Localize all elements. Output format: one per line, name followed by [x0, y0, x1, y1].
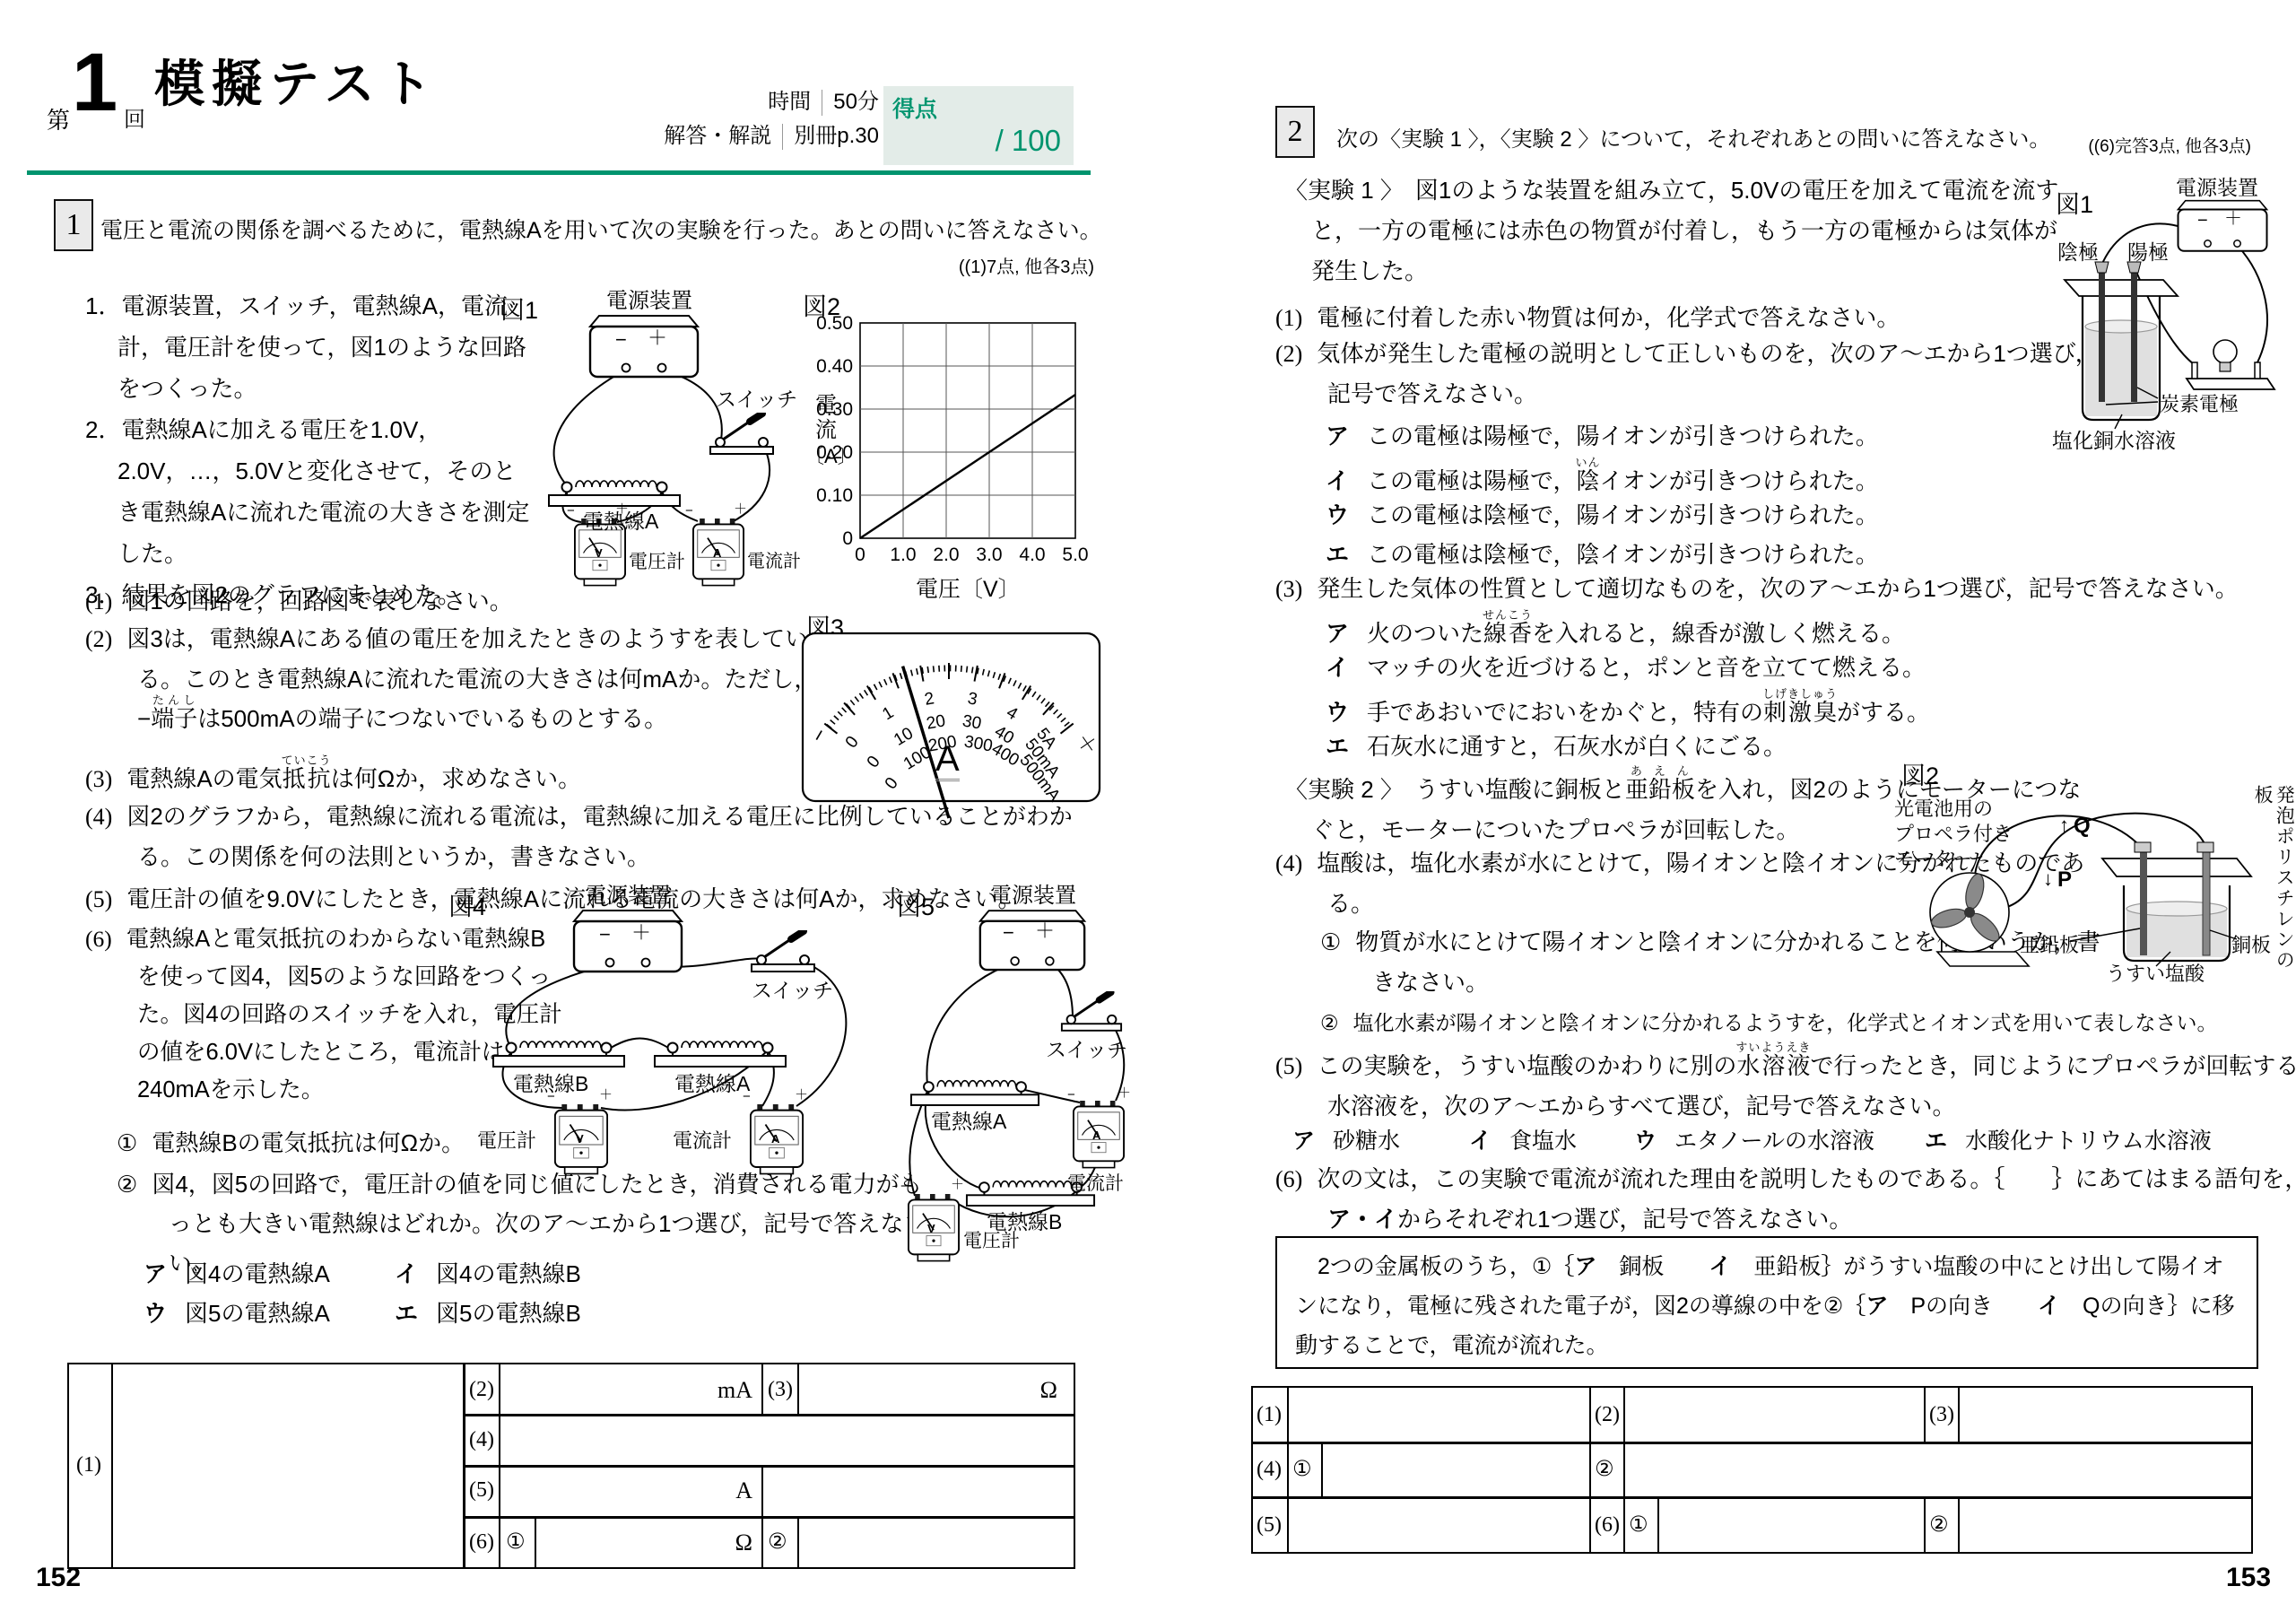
- table-line: [463, 1516, 1074, 1519]
- q2-item-1: (1)電極に付着した赤い物質は何か，化学式で答えなさい。: [1275, 298, 1900, 338]
- x-tick: 1.0: [885, 545, 921, 564]
- q1-item-1-text: 図1の回路を，回路図で表しなさい。: [126, 588, 512, 614]
- table-line: [1589, 1496, 1591, 1552]
- switch-label: スイッチ: [716, 388, 797, 413]
- table-line: [1589, 1442, 1591, 1496]
- ammeter-unit-letter: A: [935, 739, 960, 781]
- q1-item-1: (1)図1の回路を，回路図で表しなさい。: [85, 581, 513, 622]
- table-line: [1287, 1442, 1289, 1496]
- q2-c2-a: ア火のついた線香せんこうを入れると，線香が激しく燃える。: [1326, 608, 1905, 653]
- ruby-shigekishuu: 刺激臭しげきしゅう: [1763, 699, 1837, 726]
- q1-answer-table: (1) (2) mA (3) Ω (4) (5) A (6) ① Ω ②: [67, 1363, 1075, 1569]
- answer-label-4: (4): [469, 1429, 494, 1451]
- minus-mark: −: [2197, 212, 2208, 230]
- q2-sub-2-label: ②: [1320, 1011, 1339, 1034]
- question1-points: ((1)7点, 他各3点): [834, 248, 1094, 287]
- answer-label-4: (4): [1257, 1459, 1282, 1480]
- solution-value: 別冊p.30: [794, 124, 879, 150]
- acid-label: うすい塩酸: [2106, 963, 2205, 986]
- table-line: [1253, 1496, 2251, 1499]
- choice-mark: ア: [143, 1260, 167, 1287]
- figure5-parallel-circuit: 図5 電源装置 − ＋ スイッチ 電熱線A − ＋ A 電流計 電熱線B − ＋…: [897, 884, 1128, 1271]
- choice-text: 図5の電熱線B: [436, 1300, 581, 1327]
- ruby-teikou: 抵抗ていこう: [283, 765, 331, 792]
- answer-unit-ohm2: Ω: [535, 1531, 752, 1555]
- plus-mark: ＋: [734, 502, 747, 516]
- answer-label-6-1: ①: [1629, 1514, 1648, 1536]
- power-supply-label: 電源装置: [990, 884, 1076, 910]
- q2-answer-table: (1) (2) (3) (4) ① ② (5) (6) ① ②: [1251, 1386, 2253, 1554]
- table-line: [1623, 1388, 1625, 1442]
- arrow-up-icon: ↑: [2059, 814, 2069, 837]
- choice-text: 図4の電熱線B: [436, 1260, 581, 1287]
- table-line: [111, 1364, 113, 1567]
- table-line: [1958, 1388, 1960, 1442]
- copper-plate-label: 銅板: [2231, 934, 2271, 957]
- time-label: 時間: [768, 90, 811, 116]
- fig1r-caption: 図1: [2056, 185, 2093, 220]
- x-tick: 0: [842, 545, 878, 564]
- q2-exp1: 〈実験 1 〉 図1のような装置を組み立て，5.0Vの電圧を加えて電流を流すと，…: [1284, 170, 2065, 292]
- q2-item-1-text: 電極に付着した赤い物質は何か，化学式で答えなさい。: [1317, 304, 1900, 331]
- time-value: 50分: [833, 90, 879, 116]
- table-line: [1924, 1496, 1926, 1552]
- answer-label-1: (1): [76, 1454, 101, 1476]
- table-line: [1589, 1388, 1591, 1442]
- fig4-caption: 図4: [448, 887, 486, 922]
- q1-step-1: 1．電源装置，スイッチ，電熱線A，電流計，電圧計を使って，図1のような回路をつく…: [85, 285, 534, 409]
- page-number-right: 153: [2226, 1563, 2271, 1593]
- divider: [782, 124, 783, 150]
- plus-mark: ＋: [951, 1178, 964, 1191]
- question1-lead: 電圧と電流の関係を調べるために，電熱線Aを用いて次の実験を行った。あとの問いに答…: [100, 211, 1102, 250]
- q2-item-3: (3)発生した気体の性質として適切なものを，次のア～エから1つ選び，記号で答えな…: [1275, 569, 2239, 609]
- fig5-caption: 図5: [897, 887, 935, 922]
- q1-choice-a: ア図4の電熱線A: [143, 1254, 330, 1294]
- answer-label-6-1: ①: [506, 1531, 526, 1553]
- table-line: [1657, 1496, 1659, 1552]
- solution-row: 解答・解説 別冊p.30: [622, 124, 879, 150]
- q2-item-3-label: (3): [1275, 576, 1302, 602]
- table-line: [1924, 1388, 1926, 1442]
- fig2r-caption: 図2: [1901, 756, 1939, 791]
- q1-item-2: (2)図3は，電熱線Aにある値の電圧を加えたときのようすを表している。このとき電…: [85, 619, 844, 738]
- q2-explanation-box: 2つの金属板のうち，①｛ア 銅板 イ 亜鉛板｝がうすい塩酸の中にとけ出して陽イオ…: [1275, 1236, 2258, 1369]
- ruby-tanshi: 端子たんし: [151, 705, 197, 732]
- q2-c2-e: エ石灰水に通すと，石灰水が白くにごる。: [1326, 727, 1787, 766]
- q1-item-2-label: (2): [85, 626, 112, 652]
- q1-item-6-label: (6): [85, 926, 112, 952]
- q2-item-2-label: (2): [1275, 341, 1302, 367]
- scale-ma50-3: 30: [961, 712, 983, 732]
- switch-icon: [752, 931, 814, 972]
- minus-mark: −: [615, 330, 627, 350]
- q1-item-3-text: 電熱線Aの電気: [126, 765, 282, 792]
- table-line: [499, 1414, 500, 1465]
- voltmeter-label: 電圧計: [629, 551, 685, 573]
- plus-mark: ＋: [1118, 1086, 1131, 1100]
- heater-a-icon: [655, 1041, 786, 1067]
- answer-label-3: (3): [1929, 1404, 1954, 1425]
- cathode-label: 陰極: [2057, 240, 2099, 266]
- y-axis-label: 流: [815, 418, 837, 444]
- q2-c3-e: エ水酸化ナトリウム水溶液: [1925, 1121, 2212, 1161]
- choice-text: 図4の電熱線A: [185, 1260, 330, 1287]
- question1-number: 1: [66, 208, 82, 242]
- q2-c1-i: イこの電極は陽極で，陰いんイオンが引きつけられた。: [1326, 456, 1879, 501]
- q-direction-label: Q: [2074, 814, 2091, 840]
- y-tick: 0.10: [801, 486, 853, 505]
- voltmeter-label: 電圧計: [963, 1230, 1020, 1252]
- question2-number: 2: [1288, 115, 1303, 149]
- x-tick: 2.0: [928, 545, 964, 564]
- switch-label: スイッチ: [1046, 1038, 1127, 1063]
- q2-c2-i: イマッチの火を近づけると，ポンと音を立てて燃える。: [1326, 648, 1926, 687]
- q2-item-5: (5)この実験を，うすい塩酸のかわりに別の水溶液すいようえきで行ったとき，同じよ…: [1275, 1041, 2296, 1127]
- plus-mark: ＋: [615, 502, 629, 516]
- answer-label-2: (2): [469, 1379, 494, 1400]
- x-tick: 5.0: [1057, 545, 1093, 564]
- q1-item-3-text-post: は何Ωか，求めなさい。: [331, 765, 581, 792]
- figure2-right-battery: 図2 光電池用の プロペラ付き モーター ↑ Q ↓ P 発泡ポリスチレンの板 …: [1894, 758, 2278, 975]
- q2-c1-a: アこの電極は陽極で，陽イオンが引きつけられた。: [1326, 416, 1879, 456]
- q2-item-2-text: 気体が発生した電極の説明として正しいものを，次のア～エから1つ選び，記号で答えな…: [1317, 340, 2098, 407]
- q2-c3-i: イ食塩水: [1469, 1121, 1577, 1161]
- table-line: [1958, 1496, 1960, 1552]
- motor-label-1: 光電池用の: [1894, 797, 1993, 821]
- answer-label-4-2: ②: [1595, 1459, 1614, 1480]
- q1-item-2-text-post: は500mAの端子につないでいるものとする。: [197, 705, 667, 732]
- heater-a-label: 電熱線A: [674, 1072, 750, 1097]
- table-line: [797, 1516, 799, 1567]
- q1-choice-e: エ図5の電熱線B: [395, 1294, 581, 1333]
- table-line: [463, 1414, 1074, 1416]
- switch-icon: [710, 414, 773, 454]
- y-tick: 0.50: [801, 314, 853, 333]
- figure1-right-electrolysis: 図1 電源装置 − ＋ 陰極 陽極 炭素電極 塩化銅水溶液: [2052, 176, 2276, 456]
- question2-points: ((6)完答3点, 他各3点): [2022, 127, 2251, 167]
- solution-label: 解答・解説: [664, 124, 771, 150]
- solution-label: 塩化銅水溶液: [2052, 429, 2176, 454]
- ammeter-label: 電流計: [673, 1129, 732, 1153]
- voltmeter-label: 電圧計: [477, 1129, 536, 1153]
- figure3-ammeter: 図3 0 1 2 3 4 5A 0 10 20 30 40 50mA 0 100…: [801, 610, 1101, 803]
- y-axis-label: 電: [815, 393, 837, 419]
- q1-sub-2-label: ②: [117, 1171, 137, 1198]
- ruby-senkou: 線香せんこう: [1483, 620, 1532, 647]
- page-title: 模擬テスト: [154, 59, 439, 109]
- x-axis-label: 電圧〔V〕: [916, 576, 1021, 603]
- scale-ma50-2: 20: [926, 712, 947, 732]
- power-supply-label: 電源装置: [2176, 176, 2258, 201]
- power-supply-label: 電源装置: [585, 884, 671, 910]
- choice-mark: イ: [395, 1260, 418, 1287]
- answer-label-5: (5): [469, 1479, 494, 1501]
- figure2-chart: 図2 0.50 0.40 0.30 0.20 0.10 0 0 1.0 2.0 …: [801, 287, 1115, 610]
- minus-mark: −: [547, 1090, 555, 1103]
- q1-steps: 1．電源装置，スイッチ，電熱線A，電流計，電圧計を使って，図1のような回路をつく…: [85, 285, 534, 615]
- answer-unit-a: A: [499, 1479, 752, 1503]
- choice-text: 図5の電熱線A: [185, 1300, 330, 1327]
- header-rule: [27, 170, 1091, 175]
- power-supply-label: 電源装置: [606, 289, 692, 315]
- q1-choice-u: ウ図5の電熱線A: [143, 1294, 330, 1333]
- table-line: [761, 1465, 763, 1516]
- divider: [822, 90, 822, 116]
- minus-mark: −: [743, 1090, 751, 1103]
- power-supply-icon: [2179, 201, 2267, 251]
- fig1-caption: 図1: [500, 291, 538, 326]
- answer-unit-ma: mA: [499, 1379, 752, 1402]
- answer-label-4-1: ①: [1292, 1459, 1312, 1480]
- choice-mark: エ: [395, 1300, 418, 1327]
- header-round-number: 1: [72, 41, 117, 124]
- answer-label-6-2: ②: [1929, 1514, 1949, 1536]
- q1-step-2: 2．電熱線Aに加える電圧を1.0V，2.0V，…，5.0Vと変化させて，そのとき…: [85, 409, 534, 574]
- heater-a-icon: [911, 1081, 1039, 1105]
- minus-mark: −: [900, 1180, 909, 1193]
- q1-item-4-text: 図2のグラフから，電熱線に流れる電流は，電熱線に加える電圧に比例していることがわ…: [126, 803, 1072, 870]
- minus-mark: −: [685, 504, 693, 518]
- q2-c1-u: ウこの電極は陰極で，陽イオンが引きつけられた。: [1326, 495, 1879, 535]
- x-tick: 4.0: [1014, 545, 1050, 564]
- y-axis-label: 〔A〕: [804, 445, 857, 468]
- plus-mark: ＋: [631, 923, 651, 943]
- figure4-series-circuit: 図4 電源装置 − ＋ スイッチ 電熱線B 電熱線A − ＋ V 電圧計 − ＋…: [448, 884, 908, 1189]
- plus-mark: ＋: [648, 328, 667, 348]
- minus-mark: −: [599, 925, 611, 945]
- zinc-plate-label: 亜鉛板: [2020, 934, 2079, 957]
- question2-lead: 次の〈実験 1 〉，〈実験 2 〉について，それぞれあとの問いに答えなさい。: [1336, 120, 2050, 160]
- minus-mark: −: [1003, 923, 1014, 943]
- q1-sub-1-label: ①: [117, 1129, 137, 1156]
- q2-item-2: (2)気体が発生した電極の説明として正しいものを，次のア～エから1つ選び，記号で…: [1275, 334, 2099, 414]
- answer-label-3: (3): [768, 1379, 793, 1400]
- q1-item-5-label: (5): [85, 886, 112, 912]
- ammeter-label: 電流計: [1067, 1172, 1124, 1195]
- arrow-down-icon: ↓: [2043, 867, 2053, 891]
- minus-mark: −: [1067, 1088, 1075, 1102]
- carbon-electrode-label: 炭素電極: [2160, 393, 2239, 416]
- ammeter-letter: A: [771, 1133, 779, 1145]
- heater-a-label: 電熱線A: [931, 1110, 1006, 1135]
- table-line: [1321, 1442, 1323, 1496]
- q1-item-4: (4)図2のグラフから，電熱線に流れる電流は，電熱線に加える電圧に比例しているこ…: [85, 797, 1101, 876]
- q2-item-6-label: (6): [1275, 1166, 1302, 1192]
- page-number-left: 152: [36, 1563, 81, 1593]
- ammeter-letter: A: [1092, 1129, 1100, 1141]
- motor-label-2: プロペラ付き: [1894, 823, 2013, 846]
- figure1-left-circuit: 図1 電源装置 − ＋ スイッチ 電熱線A − ＋ V 電圧計 − ＋ A 電流…: [500, 287, 805, 614]
- voltmeter-letter: V: [927, 1223, 935, 1234]
- y-tick: 0.40: [801, 357, 853, 376]
- header-round-prefix: 第: [47, 100, 70, 140]
- table-line: [1287, 1496, 1289, 1552]
- table-line: [1253, 1442, 2251, 1444]
- voltmeter-letter: V: [595, 547, 603, 559]
- answer-label-6: (6): [1595, 1514, 1620, 1536]
- p-direction-label: P: [2057, 867, 2072, 893]
- ammeter-letter: A: [713, 547, 721, 559]
- q1-item-4-label: (4): [85, 804, 112, 830]
- power-supply-icon: [980, 911, 1084, 970]
- q2-item-6: (6)次の文は，この実験で電流が流れた理由を説明したものである。｛ ｝にあてはま…: [1275, 1159, 2296, 1240]
- plus-mark: ＋: [599, 1088, 613, 1102]
- q2-item-3-text: 発生した気体の性質として適切なものを，次のア～エから1つ選び，記号で答えなさい。: [1317, 575, 2238, 602]
- q1-item-3: (3)電熱線Aの電気抵抗ていこうは何Ωか，求めなさい。: [85, 754, 581, 799]
- score-value: / 100: [996, 124, 1061, 158]
- power-supply-icon: [574, 911, 682, 972]
- q1-sub-1: ①電熱線Bの電気抵抗は何Ωか。: [117, 1123, 465, 1163]
- time-row: 時間 50分: [649, 90, 879, 116]
- q2-item-4-label: (4): [1275, 850, 1302, 876]
- plus-mark: ＋: [795, 1088, 808, 1102]
- voltmeter-letter: V: [576, 1133, 584, 1145]
- answer-label-5: (5): [1257, 1514, 1282, 1536]
- power-supply-icon: [590, 316, 698, 377]
- heater-b-icon: [493, 1041, 624, 1067]
- header-round-suffix: 回: [124, 100, 145, 140]
- table-line: [1287, 1388, 1289, 1442]
- q1-item-1-label: (1): [85, 588, 112, 614]
- table-line: [761, 1516, 763, 1567]
- q1-choice-i: イ図4の電熱線B: [395, 1254, 581, 1294]
- q2-sub-1-label: ①: [1320, 928, 1341, 955]
- q2-sub-2-text: 塩化水素が陽イオンと陰イオンに分かれるようすを，化学式とイオン式を用いて表しなさ…: [1353, 1011, 2218, 1034]
- q2-item-5-label: (5): [1275, 1053, 1302, 1079]
- score-box: 得点 / 100: [883, 86, 1074, 165]
- switch-label: スイッチ: [752, 979, 833, 1004]
- answer-unit-ohm: Ω: [797, 1379, 1057, 1402]
- answer-label-1: (1): [1257, 1404, 1282, 1425]
- plus-mark: ＋: [2224, 210, 2242, 228]
- q1-sub-1-text: 電熱線Bの電気抵抗は何Ωか。: [152, 1129, 465, 1156]
- q2-c2-u: ウ手であおいでにおいをかぐと，特有の刺激臭しげきしゅうがする。: [1326, 687, 1930, 732]
- ruby-in: 陰いん: [1577, 467, 1600, 494]
- q2-explanation-text: 2つの金属板のうち，①｛ア 銅板 イ 亜鉛板｝がうすい塩酸の中にとけ出して陽イオ…: [1295, 1247, 2239, 1365]
- answer-label-6-2: ②: [768, 1531, 787, 1553]
- q2-c3-a: ア砂糖水: [1292, 1121, 1400, 1161]
- q2-sub-2: ②塩化水素が陽イオンと陰イオンに分かれるようすを，化学式とイオン式を用いて表しな…: [1320, 1003, 2218, 1042]
- choice-mark: ウ: [143, 1300, 167, 1327]
- table-line: [1623, 1442, 1625, 1496]
- q1-item-3-label: (3): [85, 766, 112, 792]
- plus-mark: ＋: [1035, 921, 1055, 941]
- anode-label: 陽極: [2127, 240, 2169, 266]
- question2-number-box: 2: [1275, 106, 1315, 158]
- motor-label-3: モーター: [1894, 848, 1972, 871]
- score-label: 得点: [892, 92, 937, 124]
- table-line: [761, 1364, 763, 1414]
- ruby-aen: 亜鉛板あえん: [1625, 776, 1695, 803]
- q2-c3-u: ウエタノールの水溶液: [1634, 1121, 1874, 1161]
- ruby-suiyoueki: 水溶液すいようえき: [1736, 1052, 1810, 1079]
- data-line-heater-a: [860, 395, 1075, 538]
- x-tick: 3.0: [971, 545, 1007, 564]
- ammeter-label: 電流計: [747, 551, 801, 572]
- q2-item-1-label: (1): [1275, 305, 1302, 331]
- answer-label-2: (2): [1595, 1404, 1620, 1425]
- table-line: [499, 1516, 500, 1567]
- table-line: [1623, 1496, 1625, 1552]
- answer-label-6: (6): [469, 1531, 494, 1553]
- minus-mark: −: [567, 504, 575, 518]
- table-line: [463, 1465, 1074, 1468]
- question1-number-box: 1: [54, 199, 93, 251]
